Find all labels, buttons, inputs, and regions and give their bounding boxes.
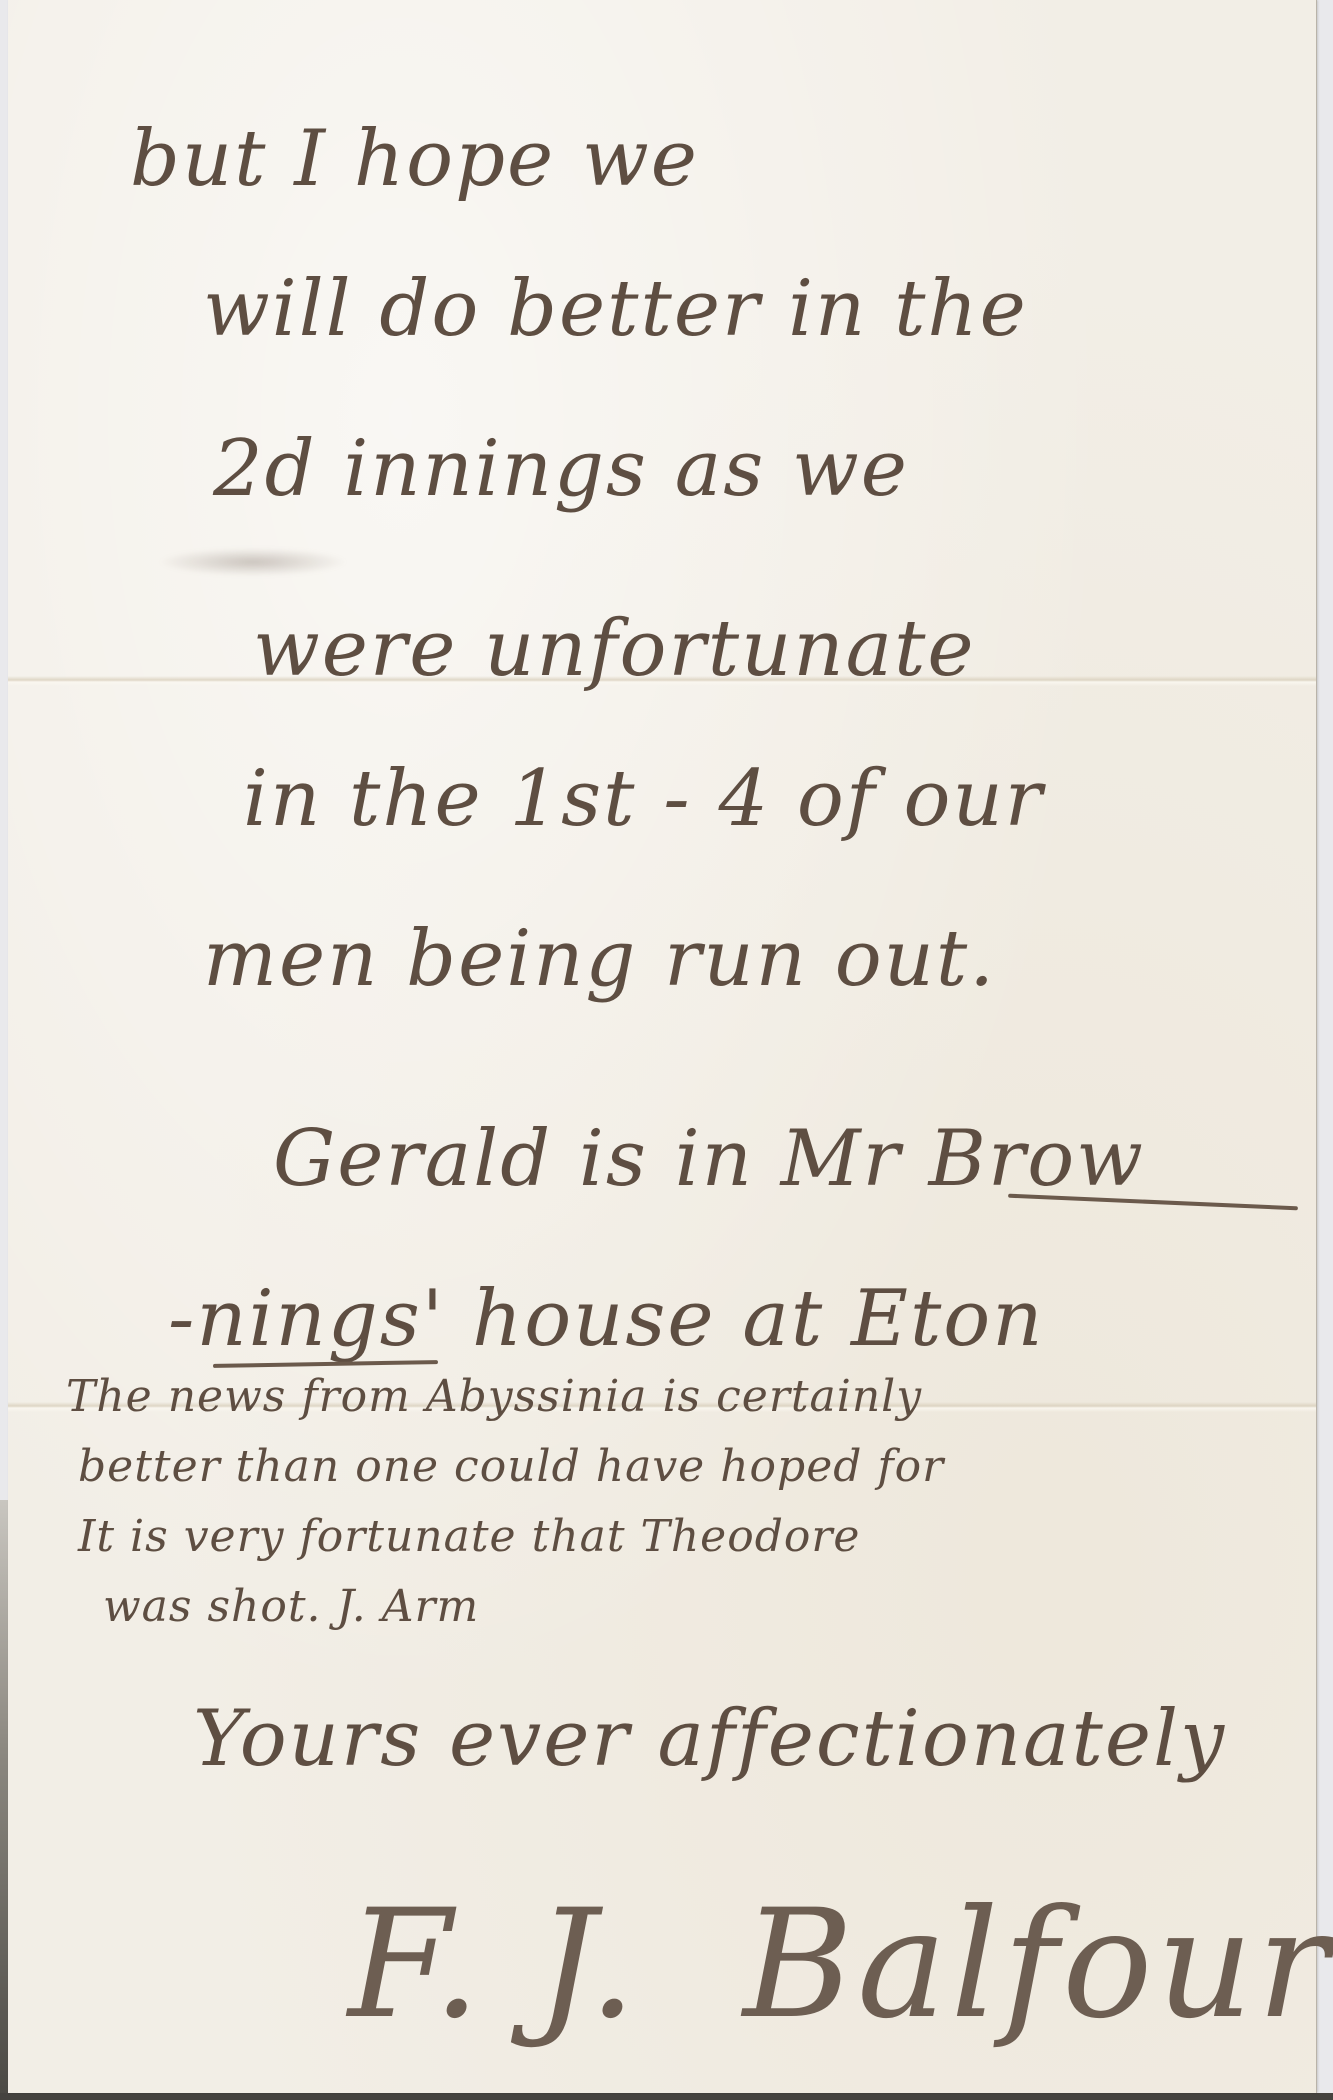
body-line-2: will do better in the — [203, 270, 1028, 348]
signature-initials: F. J. — [348, 1890, 640, 2040]
postscript-line-1: The news from Abyssinia is certainly — [66, 1375, 922, 1419]
valediction: Yours ever affectionately — [193, 1700, 1226, 1778]
signature-surname: Balfour — [743, 1890, 1333, 2040]
body-line-7: Gerald is in Mr Brow — [273, 1120, 1145, 1198]
letter-page: but I hope we will do better in the 2d i… — [8, 0, 1317, 2093]
body-line-8: -nings' house at Eton — [168, 1280, 1045, 1358]
body-line-5: in the 1st - 4 of our — [243, 760, 1044, 838]
postscript-line-3: It is very fortunate that Theodore — [78, 1515, 860, 1559]
ink-smudge — [158, 548, 348, 576]
postscript-line-4: was shot. J. Arm — [103, 1585, 479, 1629]
body-line-3: 2d innings as we — [213, 430, 909, 508]
postscript-line-2: better than one could have hoped for — [78, 1445, 944, 1489]
body-line-6: men being run out. — [203, 920, 996, 998]
letter-scan: but I hope we will do better in the 2d i… — [0, 0, 1333, 2100]
scan-edge-shadow-bottom — [0, 2093, 1333, 2100]
body-line-4: were unfortunate — [253, 610, 976, 688]
body-line-1: but I hope we — [130, 120, 699, 198]
